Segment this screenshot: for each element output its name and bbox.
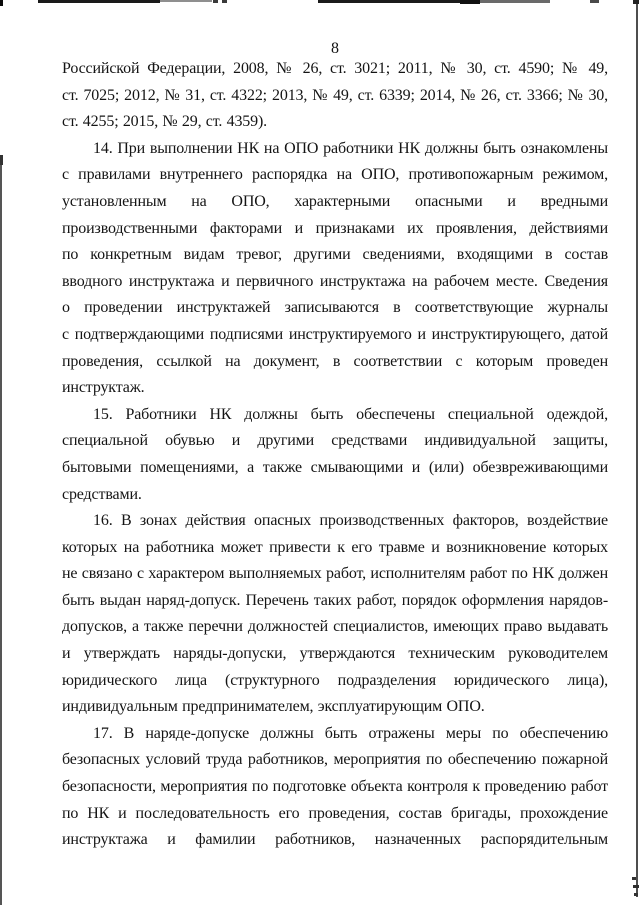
scan-artifact-top-line — [213, 0, 218, 3]
text-line: вводного инструктажа и первичного инстру… — [62, 269, 608, 296]
text-line: инструктажа и фамилии работников, назнач… — [62, 827, 608, 854]
text-line: 15. Работники НК должны быть обеспечены … — [62, 402, 608, 429]
text-line: которых на работника может привести к ег… — [62, 535, 608, 562]
scan-artifact-top-line — [480, 0, 550, 3]
scan-artifact-top-line — [38, 0, 160, 3]
text-line: о проведении инструктажей записываются в… — [62, 295, 608, 322]
text-line: по конкретным видам тревог, другими свед… — [62, 242, 608, 269]
scan-artifact-right-mark — [633, 885, 639, 888]
text-line: и утверждать наряды-допуски, утверждаютс… — [62, 641, 608, 668]
scan-artifact-top-left-mark — [0, 0, 3, 6]
scan-artifact-top-line — [222, 0, 227, 3]
text-line: безопасных условий труда работников, мер… — [62, 747, 608, 774]
text-line: не связано с характером выполняемых рабо… — [62, 561, 608, 588]
text-line: инструктаж. — [62, 375, 608, 402]
text-line: 16. В зонах действия опасных производств… — [62, 508, 608, 535]
scan-artifact-top-line — [460, 0, 480, 4]
text-line: проведения, ссылкой на документ, в соотв… — [62, 349, 608, 376]
scan-artifact-right-edge-line — [636, 4, 638, 897]
text-line: по НК и последовательность его проведени… — [62, 801, 608, 828]
text-line: специальной обувью и другими средствами … — [62, 428, 608, 455]
text-line: ст. 7025; 2012, № 31, ст. 4322; 2013, № … — [62, 83, 608, 110]
scan-artifact-right-mark — [632, 877, 636, 880]
text-line: с подтверждающими подписями инструктируе… — [62, 322, 608, 349]
scan-artifact-top-line — [318, 0, 460, 3]
text-line: средствами. — [62, 482, 608, 509]
scan-artifact-left-edge-line — [0, 155, 2, 905]
document-text: Российской Федерации, 2008, № 26, ст. 30… — [62, 56, 608, 854]
text-line: допусков, а также перечни должностей спе… — [62, 614, 608, 641]
text-line: 17. В наряде-допуске должны быть отражен… — [62, 721, 608, 748]
text-line: с правилами внутреннего распорядка на ОП… — [62, 162, 608, 189]
text-line: индивидуальным предпринимателем, эксплуа… — [62, 694, 608, 721]
text-line: юридического лица (структурного подразде… — [62, 668, 608, 695]
scan-artifact-right-mark — [634, 893, 638, 896]
scan-artifact-top-line — [160, 0, 212, 2]
scan-artifact-left-edge-tick — [0, 155, 3, 165]
text-line: быть выдан наряд-допуск. Перечень таких … — [62, 588, 608, 615]
text-line: производственными факторами и признаками… — [62, 216, 608, 243]
document-page: 8 Российской Федерации, 2008, № 26, ст. … — [0, 0, 640, 905]
text-line: установленным на ОПО, характерными опасн… — [62, 189, 608, 216]
text-line: Российской Федерации, 2008, № 26, ст. 30… — [62, 56, 608, 83]
scan-artifact-top-line — [590, 0, 599, 3]
text-line: ст. 4255; 2015, № 29, ст. 4359). — [62, 109, 608, 136]
text-line: 14. При выполнении НК на ОПО работники Н… — [62, 136, 608, 163]
text-line: бытовыми помещениями, а также смывающими… — [62, 455, 608, 482]
text-line: безопасности, мероприятия по подготовке … — [62, 774, 608, 801]
